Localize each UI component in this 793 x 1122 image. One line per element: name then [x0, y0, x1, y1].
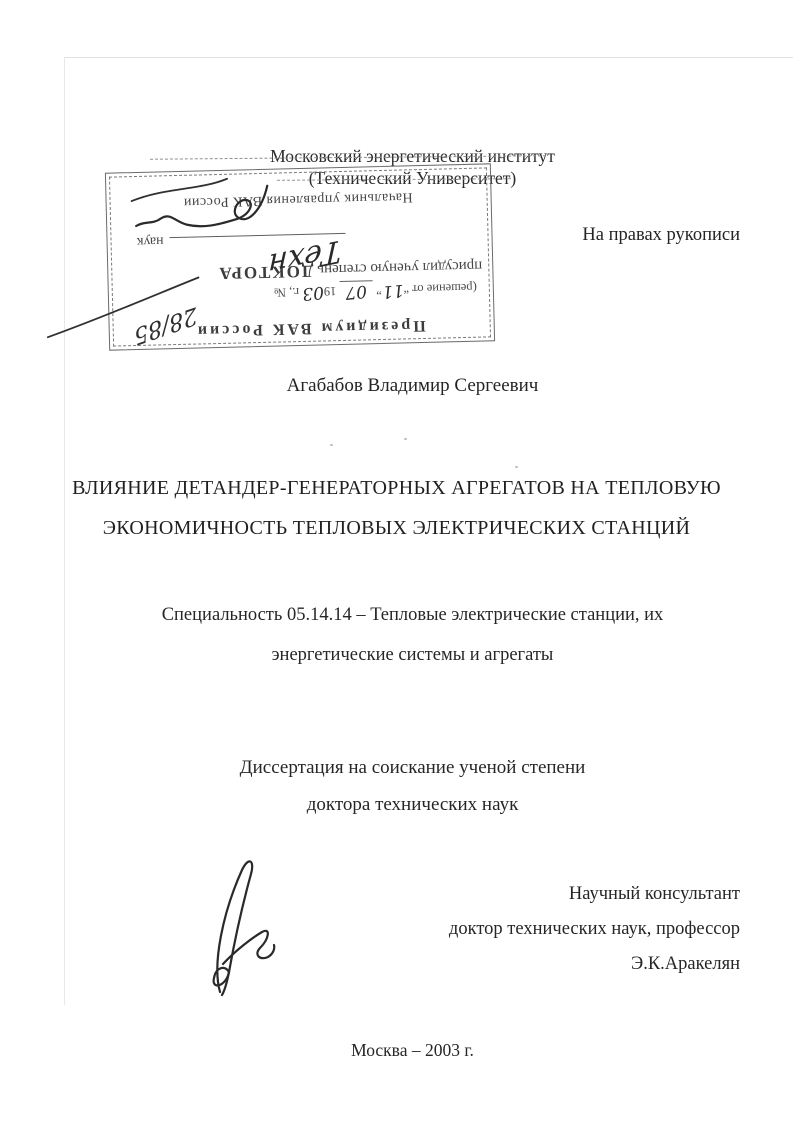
- city-year: Москва – 2003 г.: [32, 1040, 793, 1061]
- consultant-name: Э.К.Аракелян: [631, 954, 740, 975]
- stamp-decision-suffix: г., №: [274, 285, 299, 300]
- scan-speck: [515, 466, 518, 468]
- dissertation-title-line2: ЭКОНОМИЧНОСТЬ ТЕПЛОВЫХ ЭЛЕКТРИЧЕСКИХ СТА…: [0, 517, 793, 540]
- stamp-action-text: присудил ученую степень: [317, 258, 482, 278]
- vak-approval-stamp: Президиум ВАК России (решение от “11” 07…: [105, 163, 495, 350]
- thesis-type-line1: Диссертация на соискание ученой степени: [32, 757, 793, 779]
- dissertation-title-line1: ВЛИЯНИЕ ДЕТАНДЕР-ГЕНЕРАТОРНЫХ АГРЕГАТОВ …: [0, 477, 793, 500]
- stamp-number-flourish: [42, 269, 204, 345]
- stamp-decision-century: 19: [324, 284, 337, 298]
- thesis-type-line2: доктора технических наук: [32, 794, 793, 816]
- stamp-official-signature: [125, 160, 277, 242]
- manuscript-rights-note: На правах рукописи: [582, 225, 740, 246]
- scan-speck: [330, 444, 333, 446]
- scan-speck: [404, 438, 407, 440]
- consultant-degree: доктор технических наук, профессор: [449, 919, 740, 940]
- stamp-decision-day-handwritten: 11: [381, 280, 404, 302]
- author-name: Агабабов Владимир Сергеевич: [32, 375, 793, 397]
- specialty-line2: энергетические системы и агрегаты: [32, 645, 793, 666]
- stamp-decision-prefix: (решение от “: [403, 281, 477, 297]
- stamp-decision-year-handwritten: 03: [301, 282, 324, 304]
- page-edge-top: [64, 57, 793, 58]
- consultant-signature: [192, 846, 284, 998]
- specialty-line1: Специальность 05.14.14 – Тепловые электр…: [32, 605, 793, 626]
- consultant-role: Научный консультант: [569, 884, 740, 905]
- stamp-decision-month-handwritten: 07: [345, 281, 368, 303]
